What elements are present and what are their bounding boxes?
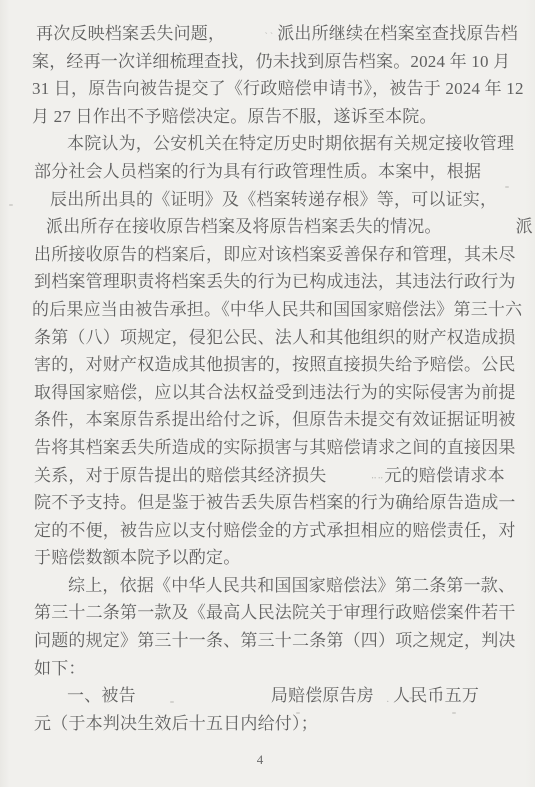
text-line: 告将其档案丢失所造成的实际损害与其赔偿请求之间的直接因果 [34,434,535,462]
scan-artifact [452,712,456,714]
text-line: 本院认为，公安机关在特定历史时期依据有关规定接收管理 [67,130,535,158]
text-line: 出所接收原告的档案后，即应对该档案妥善保存和管理，其未尽 [34,241,535,269]
text-line: 定的不便，被告应以支付赔偿金的方式承担相应的赔偿责任，对 [34,517,535,545]
text-segment: 一、被告 [67,686,136,705]
text-line: 元（于本判决生效后十五日内给付）； [34,710,535,738]
text-segment: 于赔偿数额本院予以酌定。 [34,548,240,567]
scan-artifact [43,247,47,249]
text-line: 31 日，原告向被告提交了《行政赔偿申请书》，被告于 2024 年 12 [32,75,535,103]
text-segment: 本院认为，公安机关在特定历史时期依据有关规定接收管理 [67,134,514,153]
text-segment: 条第（八）项规定，侵犯公民、法人和其他组织的财产权造成损 [34,328,516,347]
text-segment: 取得国家赔偿，应以其合法权益受到违法行为的实际侵害为前提 [34,383,516,402]
text-line: 如下： [34,655,535,683]
text-line: 一、被告局赔偿原告房.人民币五万 [67,682,535,710]
scanned-judgment-page: 再次反映档案丢失问题，ˋˋ派出所继续在档案室查找原告档案，经再一次详细梳理查找，… [0,0,535,787]
text-line: 条第（八）项规定，侵犯公民、法人和其他组织的财产权造成损 [34,324,535,352]
scan-artifact [505,186,509,188]
page-number: 4 [0,752,521,768]
text-line: 第三十二条第一款及《最高人民法院关于审理行政赔偿案件若干 [34,599,535,627]
redaction-gap [442,231,516,232]
redaction-gap: ᠃᠃ [326,480,384,481]
text-segment: 再次反映档案丢失问题， [36,24,225,43]
redaction-gap [136,700,271,701]
text-segment: 局赔偿原告房 [271,686,374,705]
text-line: 取得国家赔偿，应以其合法权益受到违法行为的实际侵害为前提 [34,379,535,407]
redaction-artifact: ˋˋ [265,24,276,52]
text-line: 部分社会人员档案的行为具有行政管理性质。本案中，根据 [34,158,535,186]
text-segment: 派出所继续在档案室查找原告档 [277,24,518,43]
text-segment: 院不予支持。但是鉴于被告丢失原告档案的行为确给原告造成一 [34,493,516,512]
redaction-artifact: ᠃᠃ [369,466,382,494]
text-line: 关系，对于原告提出的赔偿其经济损失᠃᠃元的赔偿请求本 [34,462,535,490]
scan-artifact [409,697,413,699]
text-line: 院不予支持。但是鉴于被告丢失原告档案的行为确给原告造成一 [34,489,535,517]
text-segment: 辰出所出具的《证明》及《档案转递存根》等，可以证实， [50,190,497,209]
text-segment: 害的，对财产权造成其他损害的，按照直接损失给予赔偿。公民 [34,355,516,374]
scan-artifact [296,712,300,714]
text-segment: 部分社会人员档案的行为具有行政管理性质。本案中，根据 [34,162,481,181]
scan-artifact [170,701,174,703]
text-line: 月 27 日作出不予赔偿决定。原告不服，遂诉至本院。 [32,103,535,131]
text-segment: 如下： [34,659,86,678]
text-line: 派出所存在接收原告档案及将原告档案丢失的情况。派 [46,213,535,241]
text-line: 于赔偿数额本院予以酌定。 [34,544,535,572]
scan-artifact [9,204,13,206]
text-segment: 派出所存在接收原告档案及将原告档案丢失的情况。 [46,217,442,236]
text-line: 再次反映档案丢失问题，ˋˋ派出所继续在档案室查找原告档 [36,20,535,48]
text-line: 问题的规定》第三十一条、第三十二条第（四）项之规定，判决 [34,627,535,655]
text-line: 条件，本案原告系提出给付之诉，但原告未提交有效证据证明被 [34,406,535,434]
redaction-gap: ˋˋ [225,38,277,39]
text-line: 综上，依据《中华人民共和国国家赔偿法》第二条第一款、 [68,572,535,600]
text-segment: 条件，本案原告系提出给付之诉，但原告未提交有效证据证明被 [34,410,516,429]
text-segment: 元的赔偿请求本 [384,466,504,485]
text-line: 害的，对财产权造成其他损害的，按照直接损失给予赔偿。公民 [34,351,535,379]
text-segment: 元（于本判决生效后十五日内给付）； [34,714,318,733]
text-segment: 月 27 日作出不予赔偿决定。原告不服，遂诉至本院。 [32,107,437,126]
text-segment: 定的不便，被告应以支付赔偿金的方式承担相应的赔偿责任，对 [34,521,516,540]
text-segment: 到档案管理职责将档案丢失的行为已构成违法，其违法行政行为 [34,272,516,291]
redaction-artifact: . [387,686,392,714]
text-segment: 问题的规定》第三十一条、第三十二条第（四）项之规定，判决 [34,631,516,650]
text-segment: 告将其档案丢失所造成的实际损害与其赔偿请求之间的直接因果 [34,438,516,457]
text-segment: 出所接收原告的档案后，即应对该档案妥善保存和管理，其未尽 [34,245,516,264]
text-line: 到档案管理职责将档案丢失的行为已构成违法，其违法行政行为 [34,268,535,296]
text-segment: 第三十二条第一款及《最高人民法院关于审理行政赔偿案件若干 [34,603,516,622]
text-line: 的后果应当由被告承担。《中华人民共和国国家赔偿法》第三十六 [32,296,535,324]
text-line: 案，经再一次详细梳理查找，仍未找到原告档案。2024 年 10 月 [32,48,535,76]
text-segment: 的后果应当由被告承担。《中华人民共和国国家赔偿法》第三十六 [32,300,522,319]
text-segment: 派 [516,217,533,236]
text-segment: 关系，对于原告提出的赔偿其经济损失 [34,466,326,485]
text-segment: 综上，依据《中华人民共和国国家赔偿法》第二条第一款、 [68,576,515,595]
redaction-gap: . [374,700,393,701]
text-segment: 人民币五万 [393,686,479,705]
text-segment: 案，经再一次详细梳理查找，仍未找到原告档案。2024 年 10 月 [32,52,510,71]
text-segment: 31 日，原告向被告提交了《行政赔偿申请书》，被告于 2024 年 12 [32,79,524,98]
text-line: 辰出所出具的《证明》及《档案转递存根》等，可以证实， [50,186,535,214]
judgment-body-text: 再次反映档案丢失问题，ˋˋ派出所继续在档案室查找原告档案，经再一次详细梳理查找，… [34,20,535,737]
